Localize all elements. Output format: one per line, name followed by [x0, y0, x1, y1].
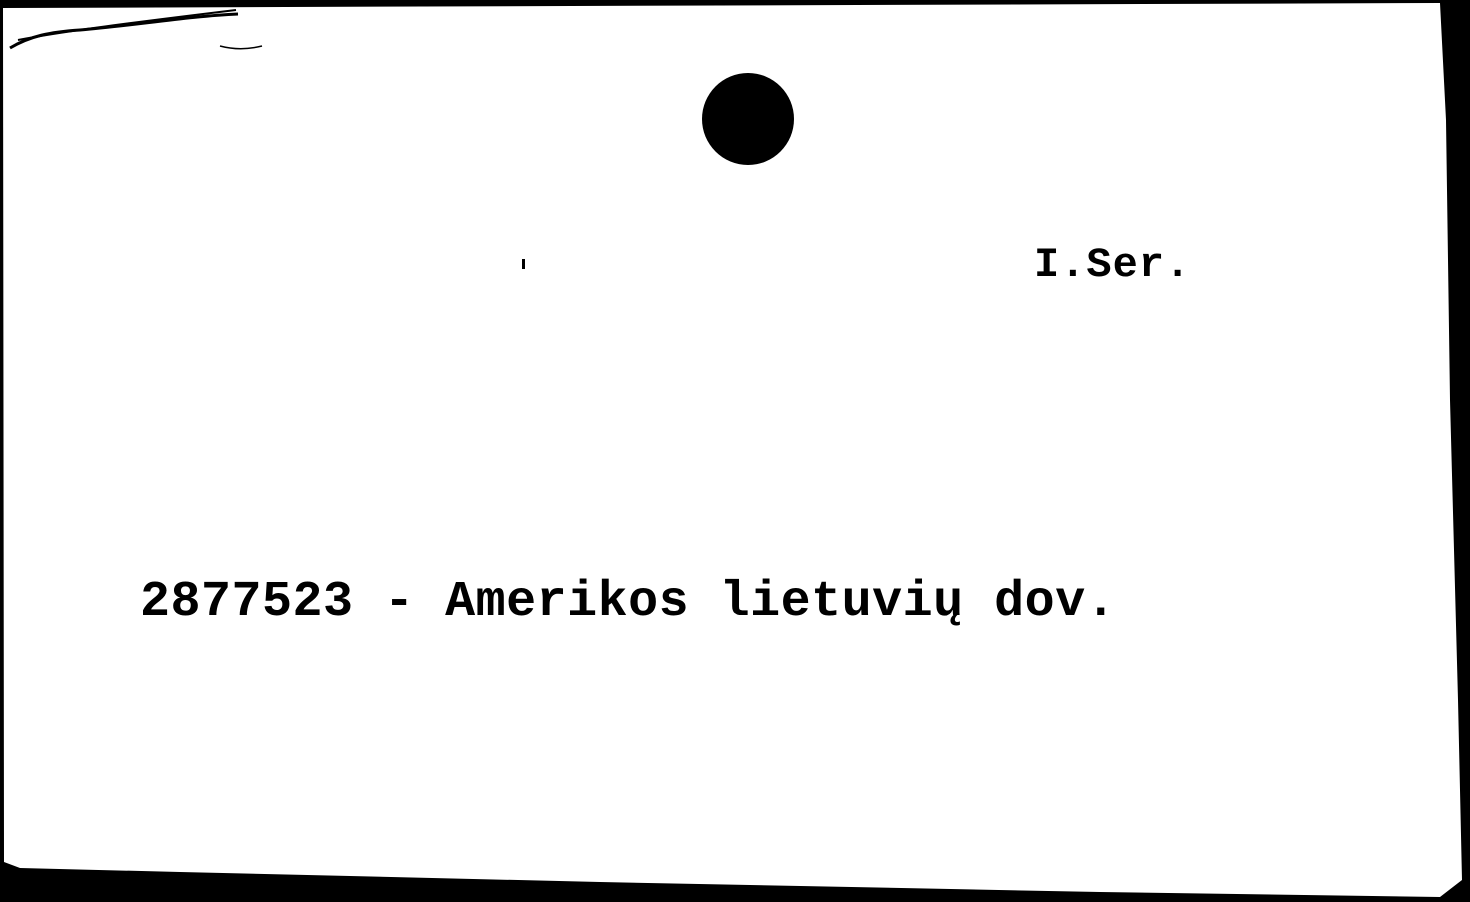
entry-number: 2877523: [140, 578, 354, 628]
punch-hole: [702, 73, 794, 165]
entry-separator: -: [384, 578, 415, 628]
catalog-entry: 2877523 - Amerikos lietuvių dov.: [140, 578, 1116, 628]
scan-background: I.Ser. 2877523 - Amerikos lietuvių dov.: [0, 0, 1470, 902]
entry-title: Amerikos lietuvių dov.: [445, 578, 1116, 628]
stray-mark: [522, 259, 525, 269]
catalog-card: I.Ser. 2877523 - Amerikos lietuvių dov.: [0, 0, 1470, 902]
series-label: I.Ser.: [1034, 244, 1191, 286]
